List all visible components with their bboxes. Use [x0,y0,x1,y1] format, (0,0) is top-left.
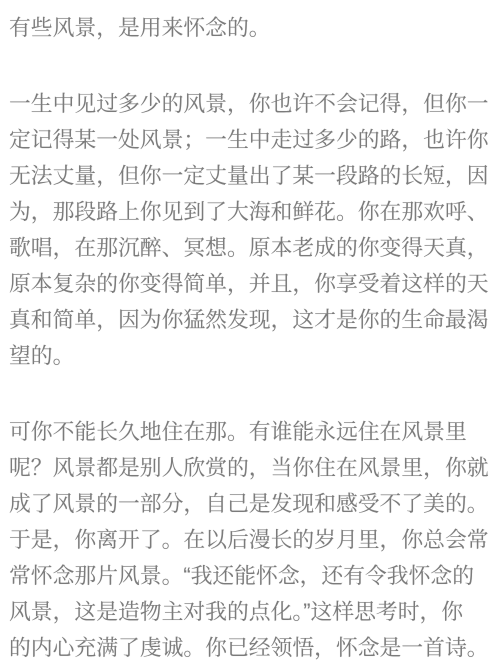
article-page: { "page": { "background_color": "#ffffff… [0,0,499,667]
paragraph-leaving-scenery: 可你不能长久地住在那。有谁能永远住在风景里 呢？风景都是别人欣赏的，当你住在风景… [9,414,490,666]
paragraph-scenery-memory: 一生中见过多少的风景，你也许不会记得，但你一 定记得某一处风景；一生中走过多少的… [9,86,490,374]
paragraph-opening: 有些风景，是用来怀念的。 [9,10,490,46]
article-body: 有些风景，是用来怀念的。 一生中见过多少的风景，你也许不会记得，但你一 定记得某… [0,0,499,667]
